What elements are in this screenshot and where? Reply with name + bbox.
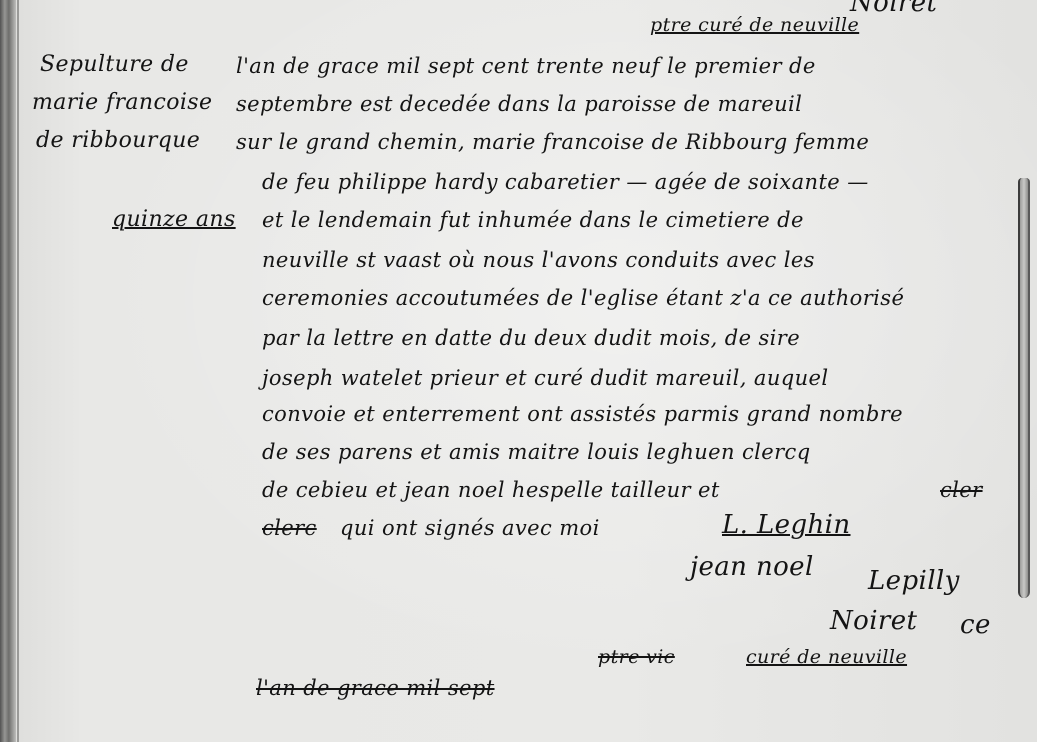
struck-word-line-13: clerc — [262, 516, 317, 540]
entry-line-13: qui ont signés avec moi — [340, 516, 600, 540]
entry-line-2: septembre est decedée dans la paroisse d… — [236, 92, 802, 116]
entry-line-10: convoie et enterrement ont assistés parm… — [262, 402, 903, 426]
signature-noiret: Noiret — [830, 606, 917, 636]
binding-rule — [17, 0, 19, 742]
entry-line-11: de ses parens et amis maitre louis leghu… — [262, 440, 811, 464]
margin-note-surname: de ribbourque — [36, 128, 200, 153]
margin-note-age: quinze ans — [112, 207, 236, 232]
page-binding-edge — [0, 0, 16, 742]
entry-line-4: de feu philippe hardy cabaretier — agée … — [262, 170, 869, 194]
cure-title: curé de neuville — [746, 646, 907, 668]
margin-note-name: marie francoise — [32, 90, 212, 115]
struck-title-fragment: ptre vic — [598, 646, 675, 668]
signature-jean-noel: jean noel — [690, 552, 814, 582]
previous-entry-signature: Noiret — [850, 0, 937, 18]
struck-next-entry-start: l'an de grace mil sept — [256, 676, 495, 700]
entry-line-7: ceremonies accoutumées de l'eglise étant… — [262, 286, 904, 310]
entry-line-3: sur le grand chemin, marie francoise de … — [236, 130, 869, 154]
signature-noiret-suffix: ce — [960, 610, 991, 640]
right-margin-bracket — [1018, 178, 1030, 598]
previous-entry-title: ptre curé de neuville — [650, 14, 859, 36]
entry-line-9: joseph watelet prieur et curé dudit mare… — [262, 366, 828, 390]
entry-line-6: neuville st vaast où nous l'avons condui… — [262, 248, 815, 272]
entry-line-12: de cebieu et jean noel hespelle tailleur… — [262, 478, 720, 502]
entry-line-1: l'an de grace mil sept cent trente neuf … — [236, 54, 816, 78]
entry-line-8: par la lettre en datte du deux dudit moi… — [262, 326, 800, 350]
margin-note-sepulture: Sepulture de — [40, 52, 189, 77]
entry-line-5: et le lendemain fut inhumée dans le cime… — [262, 208, 804, 232]
struck-word-line-12: cler — [940, 478, 983, 502]
signature-lepilly: Lepilly — [868, 566, 960, 596]
signature-leghin: L. Leghin — [722, 510, 851, 540]
